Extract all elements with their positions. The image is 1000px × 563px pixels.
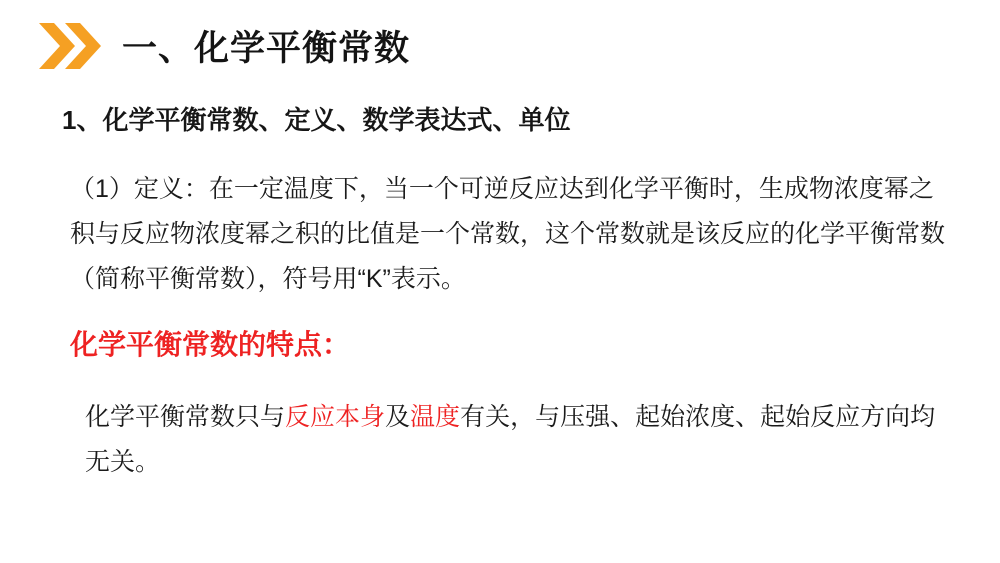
slide-title: 一、化学平衡常数 — [122, 21, 410, 71]
presentation-slide: 一、化学平衡常数 1、化学平衡常数、定义、数学表达式、单位 （1）定义：在一定温… — [0, 0, 1000, 563]
definition-paragraph: （1）定义：在一定温度下，当一个可逆反应达到化学平衡时，生成物浓度幂之积与反应物… — [70, 167, 954, 302]
features-highlight-temperature: 温度 — [410, 403, 460, 431]
features-paragraph: 化学平衡常数只与反应本身及温度有关，与压强、起始浓度、起始反应方向均无关。 — [85, 395, 957, 485]
features-text-1: 化学平衡常数只与 — [85, 403, 285, 431]
slide-header: 一、化学平衡常数 — [38, 22, 410, 70]
features-highlight-reaction: 反应本身 — [285, 403, 385, 431]
section-subtitle: 1、化学平衡常数、定义、数学表达式、单位 — [62, 100, 570, 137]
features-heading: 化学平衡常数的特点： — [70, 323, 350, 363]
features-text-2: 及 — [385, 403, 410, 431]
double-chevron-icon — [38, 22, 102, 70]
